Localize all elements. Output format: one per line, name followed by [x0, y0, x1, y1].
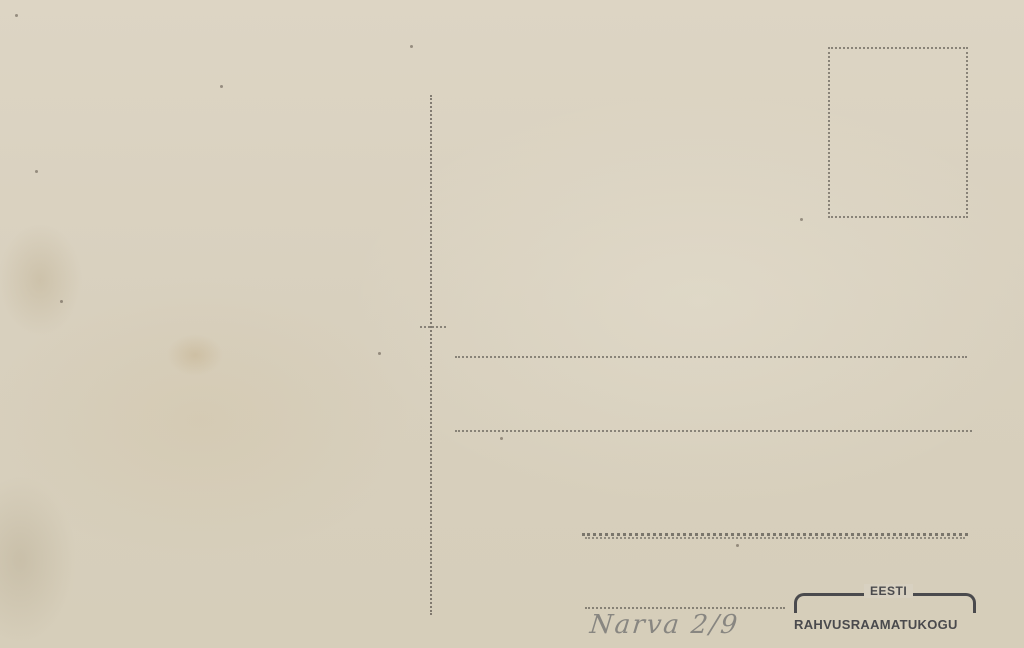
- paper-speck: [15, 14, 18, 17]
- divider-tick-mark: [420, 326, 446, 328]
- stamp-placement-box: [828, 47, 968, 218]
- stamp-bottom-text: RAHVUSRAAMATUKOGU: [794, 617, 958, 632]
- paper-speck: [60, 300, 63, 303]
- paper-speck: [500, 437, 503, 440]
- paper-speck: [35, 170, 38, 173]
- handwritten-note: Narva 2/9: [588, 610, 740, 640]
- library-stamp: EESTI RAHVUSRAAMATUKOGU: [794, 590, 980, 638]
- address-line-2: [455, 430, 972, 432]
- address-line-3: [582, 533, 968, 536]
- paper-speck: [378, 352, 381, 355]
- paper-speck: [736, 544, 739, 547]
- paper-speck: [410, 45, 413, 48]
- address-line-3-underline: [585, 537, 965, 539]
- address-line-1: [455, 356, 967, 358]
- paper-speck: [220, 85, 223, 88]
- vertical-divider-line: [430, 95, 432, 615]
- paper-speck: [800, 218, 803, 221]
- bottom-dotted-line: [585, 607, 785, 609]
- stamp-top-text: EESTI: [864, 584, 913, 598]
- postcard-back: EESTI RAHVUSRAAMATUKOGU Narva 2/9: [0, 0, 1024, 648]
